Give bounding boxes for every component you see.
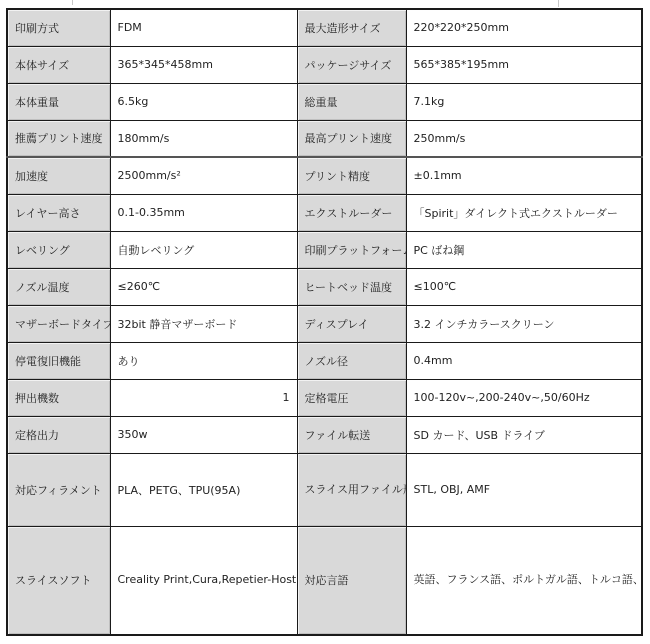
label-print-platform: 印刷プラットフォーム xyxy=(297,231,406,268)
label-slicer-software: スライスソフト xyxy=(7,526,110,635)
label-print-accuracy: プリント精度 xyxy=(297,157,406,194)
table-row: 押出機数 1 定格電圧 100-120v~,200-240v~,50/60Hz xyxy=(7,379,642,416)
label-heatbed-temp: ヒートベッド温度 xyxy=(297,268,406,305)
table-row: スライスソフト Creality Print,Cura,Repetier-Hos… xyxy=(7,526,642,635)
label-supported-filament: 対応フィラメント xyxy=(7,453,110,526)
table-row: レイヤー高さ 0.1-0.35mm エクストルーダー 「Spirit」ダイレクト… xyxy=(7,194,642,231)
value-rated-power: 350w xyxy=(110,416,297,453)
value-print-platform: PC ばね鋼 xyxy=(406,231,642,268)
value-max-build-size: 220*220*250mm xyxy=(406,9,642,46)
value-rated-voltage: 100-120v~,200-240v~,50/60Hz xyxy=(406,379,642,416)
label-power-recovery: 停電復旧機能 xyxy=(7,342,110,379)
value-print-accuracy: ±0.1mm xyxy=(406,157,642,194)
table-row: 本体重量 6.5kg 総重量 7.1kg xyxy=(7,83,642,120)
table-row: 定格出力 350w ファイル転送 SD カード、USB ドライブ xyxy=(7,416,642,453)
table-row: 停電復旧機能 あり ノズル径 0.4mm xyxy=(7,342,642,379)
label-rated-power: 定格出力 xyxy=(7,416,110,453)
value-nozzle-diameter: 0.4mm xyxy=(406,342,642,379)
value-mainboard: 32bit 静音マザーボード xyxy=(110,305,297,342)
table-row: マザーボードタイプ 32bit 静音マザーボード ディスプレイ 3.2 インチカ… xyxy=(7,305,642,342)
value-extruder-count: 1 xyxy=(110,379,297,416)
label-slice-file-format: スライス用ファイル形式 xyxy=(297,453,406,526)
table-row: 印刷方式 FDM 最大造形サイズ 220*220*250mm xyxy=(7,9,642,46)
value-file-transfer: SD カード、USB ドライブ xyxy=(406,416,642,453)
value-body-weight: 6.5kg xyxy=(110,83,297,120)
value-power-recovery: あり xyxy=(110,342,297,379)
label-nozzle-diameter: ノズル径 xyxy=(297,342,406,379)
value-acceleration: 2500mm/s² xyxy=(110,157,297,194)
value-extruder: 「Spirit」ダイレクト式エクストルーダー xyxy=(406,194,642,231)
label-max-speed: 最高プリント速度 xyxy=(297,120,406,157)
label-acceleration: 加速度 xyxy=(7,157,110,194)
label-rated-voltage: 定格電圧 xyxy=(297,379,406,416)
table-row: レベリング 自動レベリング 印刷プラットフォーム PC ばね鋼 xyxy=(7,231,642,268)
label-package-size: パッケージサイズ xyxy=(297,46,406,83)
value-total-weight: 7.1kg xyxy=(406,83,642,120)
table-row: 推薦プリント速度 180mm/s 最高プリント速度 250mm/s xyxy=(7,120,642,157)
label-recommended-speed: 推薦プリント速度 xyxy=(7,120,110,157)
value-body-size: 365*345*458mm xyxy=(110,46,297,83)
label-file-transfer: ファイル転送 xyxy=(297,416,406,453)
table-row: 本体サイズ 365*345*458mm パッケージサイズ 565*385*195… xyxy=(7,46,642,83)
label-leveling: レベリング xyxy=(7,231,110,268)
value-leveling: 自動レベリング xyxy=(110,231,297,268)
label-extruder-count: 押出機数 xyxy=(7,379,110,416)
label-extruder: エクストルーダー xyxy=(297,194,406,231)
text-cursor-mark xyxy=(72,0,73,5)
spec-table: 印刷方式 FDM 最大造形サイズ 220*220*250mm 本体サイズ 365… xyxy=(6,8,643,636)
label-display: ディスプレイ xyxy=(297,305,406,342)
label-layer-height: レイヤー高さ xyxy=(7,194,110,231)
label-mainboard: マザーボードタイプ xyxy=(7,305,110,342)
value-supported-languages: 英語、フランス語、ポルトガル語、トルコ語、ドイツ語、スペイン語、イタリア語、ロシ… xyxy=(406,526,642,635)
value-display: 3.2 インチカラースクリーン xyxy=(406,305,642,342)
value-recommended-speed: 180mm/s xyxy=(110,120,297,157)
value-print-method: FDM xyxy=(110,9,297,46)
value-supported-filament: PLA、PETG、TPU(95A) xyxy=(110,453,297,526)
value-layer-height: 0.1-0.35mm xyxy=(110,194,297,231)
label-nozzle-temp: ノズル温度 xyxy=(7,268,110,305)
label-body-size: 本体サイズ xyxy=(7,46,110,83)
label-total-weight: 総重量 xyxy=(297,83,406,120)
label-max-build-size: 最大造形サイズ xyxy=(297,9,406,46)
value-heatbed-temp: ≤100℃ xyxy=(406,268,642,305)
label-body-weight: 本体重量 xyxy=(7,83,110,120)
value-slice-file-format: STL, OBJ, AMF xyxy=(406,453,642,526)
table-row: 加速度 2500mm/s² プリント精度 ±0.1mm xyxy=(7,157,642,194)
label-supported-languages: 対応言語 xyxy=(297,526,406,635)
label-print-method: 印刷方式 xyxy=(7,9,110,46)
text-cursor-mark xyxy=(558,0,559,7)
value-nozzle-temp: ≤260℃ xyxy=(110,268,297,305)
value-max-speed: 250mm/s xyxy=(406,120,642,157)
value-package-size: 565*385*195mm xyxy=(406,46,642,83)
value-slicer-software: Creality Print,Cura,Repetier-Host,Simpli… xyxy=(110,526,297,635)
table-row: 対応フィラメント PLA、PETG、TPU(95A) スライス用ファイル形式 S… xyxy=(7,453,642,526)
table-row: ノズル温度 ≤260℃ ヒートベッド温度 ≤100℃ xyxy=(7,268,642,305)
